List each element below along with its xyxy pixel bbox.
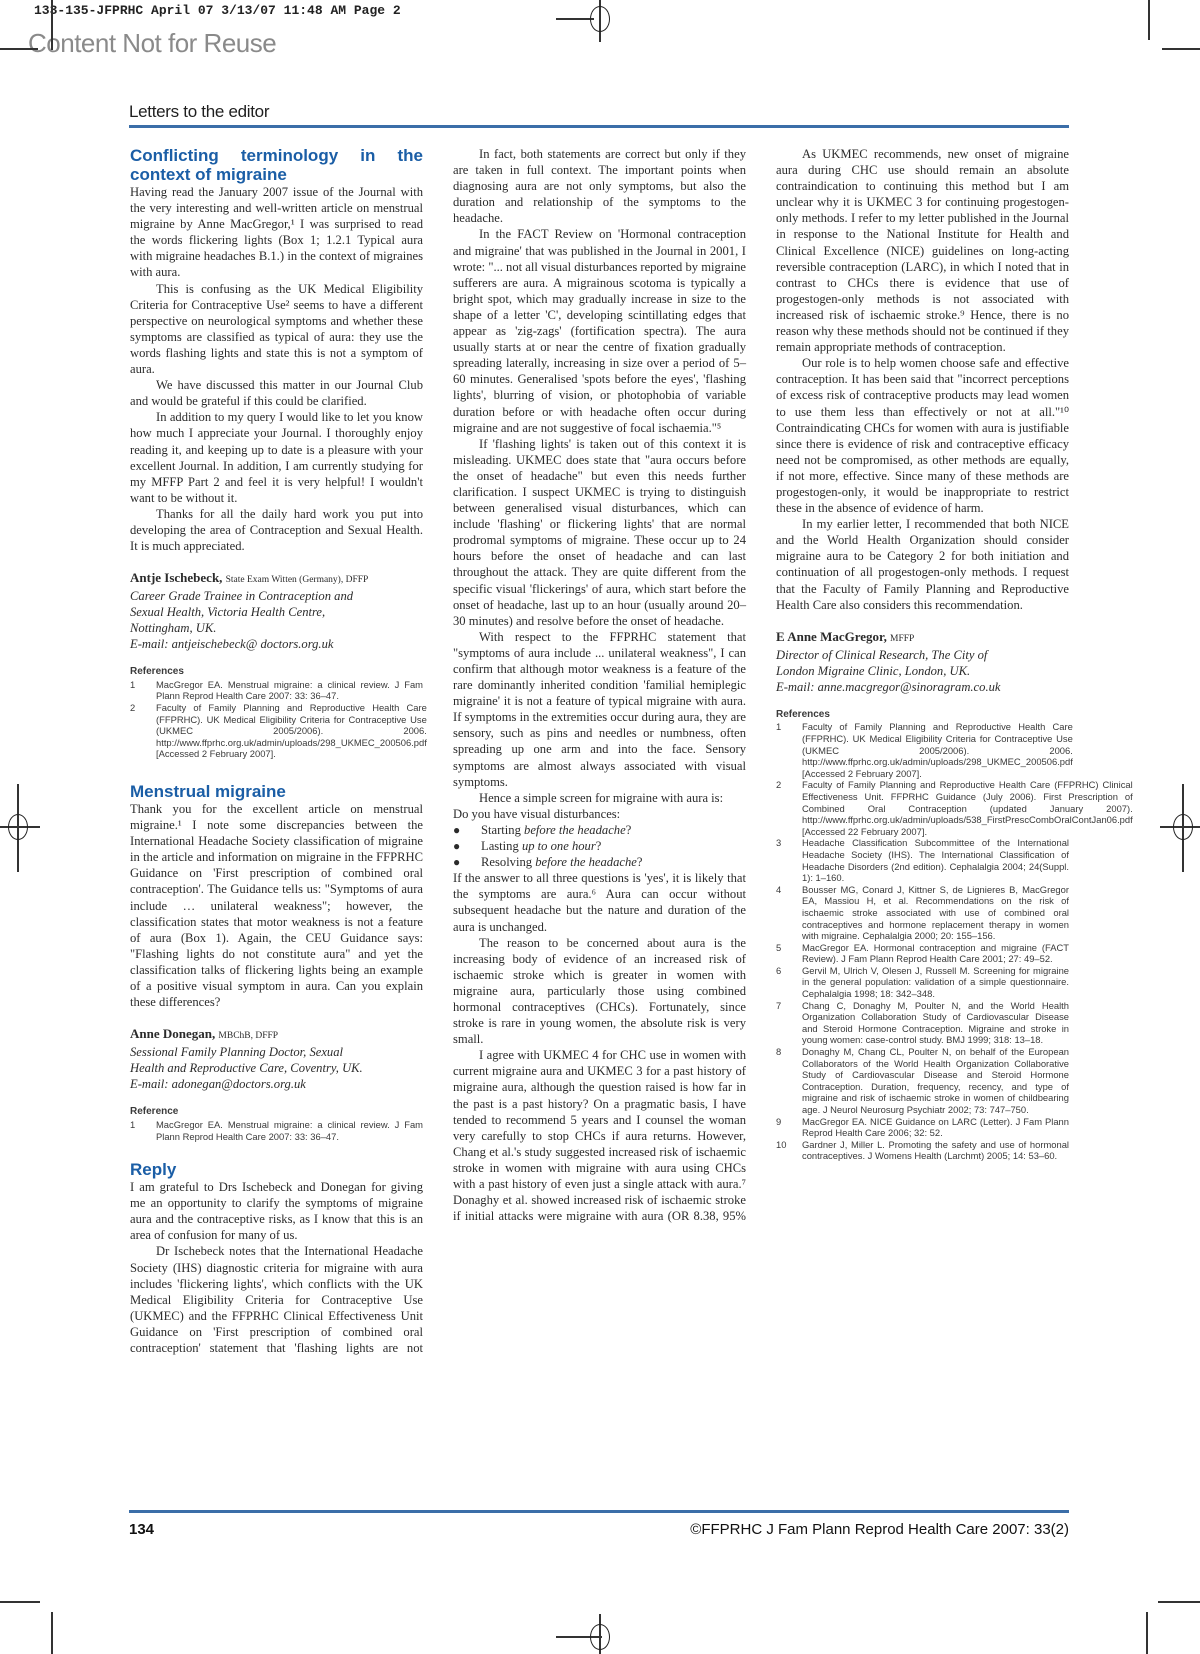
- reference-item: 4Bousser MG, Conard J, Kittner S, de Lig…: [776, 884, 1069, 942]
- section-label: Letters to the editor: [129, 102, 269, 122]
- watermark: Content Not for Reuse: [28, 28, 276, 59]
- screening-questions: ●Starting before the headache? ●Lasting …: [453, 822, 746, 870]
- screening-question: ●Starting before the headache?: [453, 822, 746, 838]
- references-heading: References: [130, 666, 423, 678]
- author-signature: Antje Ischebeck, State Exam Witten (Germ…: [130, 570, 423, 652]
- references-heading: References: [776, 709, 1069, 721]
- author-name: E Anne MacGregor,: [776, 629, 887, 644]
- letter-conflicting-terminology: Conflicting terminology in the context o…: [130, 146, 423, 760]
- author-affiliation: London Migraine Clinic, London, UK.: [776, 663, 1069, 679]
- author-email[interactable]: E-mail: anne.macgregor@sinoragram.co.uk: [776, 679, 1069, 695]
- reference-item: 1MacGregor EA. Menstrual migraine: a cli…: [130, 679, 423, 702]
- reference-item: 8Donaghy M, Chang CL, Poulter N, on beha…: [776, 1046, 1069, 1116]
- paragraph: Thanks for all the daily hard work you p…: [130, 506, 423, 554]
- reply: Reply I am grateful to Drs Ischebeck and…: [130, 1160, 423, 1355]
- paragraph: If the answer to all three questions is …: [453, 870, 746, 934]
- paragraph: Hence a simple screen for migraine with …: [453, 790, 746, 806]
- paragraph: Dr Ischebeck notes that the Internationa…: [130, 1243, 423, 1355]
- references: References 1MacGregor EA. Menstrual migr…: [130, 666, 423, 760]
- bullet-icon: ●: [453, 822, 481, 838]
- reference-item: 1MacGregor EA. Menstrual migraine: a cli…: [130, 1119, 423, 1142]
- paragraph: This is confusing as the UK Medical Elig…: [130, 281, 423, 378]
- column-2: In fact, both statements are correct but…: [453, 146, 746, 1223]
- author-affiliation: Health and Reproductive Care, Coventry, …: [130, 1060, 423, 1076]
- references-heading: Reference: [130, 1106, 423, 1118]
- author-affiliation: Sexual Health, Victoria Health Centre,: [130, 604, 423, 620]
- references: Reference 1MacGregor EA. Menstrual migra…: [130, 1106, 423, 1142]
- author-email[interactable]: E-mail: antjeischebeck@ doctors.org.uk: [130, 636, 423, 652]
- author-name: Anne Donegan,: [130, 1026, 215, 1041]
- paragraph: The reason to be concerned about aura is…: [453, 935, 746, 1048]
- paragraph: Having read the January 2007 issue of th…: [130, 184, 423, 281]
- paragraph: In fact, both statements are correct but…: [453, 146, 746, 226]
- page-number: 134: [129, 1521, 154, 1538]
- author-name: Antje Ischebeck,: [130, 570, 222, 585]
- screening-question: ●Lasting up to one hour?: [453, 838, 746, 854]
- paragraph: Our role is to help women choose safe an…: [776, 355, 1069, 516]
- reference-item: 3Headache Classification Subcommittee of…: [776, 837, 1069, 883]
- author-affiliation: Sessional Family Planning Doctor, Sexual: [130, 1044, 423, 1060]
- paragraph: In the FACT Review on 'Hormonal contrace…: [453, 226, 746, 435]
- bullet-icon: ●: [453, 854, 481, 870]
- paragraph: I am grateful to Drs Ischebeck and Doneg…: [130, 1179, 423, 1243]
- author-qualifications: MFFP: [890, 634, 914, 644]
- letter-title: Menstrual migraine: [130, 782, 423, 801]
- reference-item: 2Faculty of Family Planning and Reproduc…: [776, 779, 1069, 837]
- paragraph: As UKMEC recommends, new onset of migrai…: [776, 146, 1069, 355]
- author-email[interactable]: E-mail: adonegan@doctors.org.uk: [130, 1076, 423, 1092]
- paragraph: In addition to my query I would like to …: [130, 409, 423, 506]
- footer-rule: [129, 1510, 1069, 1513]
- reference-item: 6Gervil M, Ulrich V, Olesen J, Russell M…: [776, 965, 1069, 1000]
- paragraph: With respect to the FFPRHC statement tha…: [453, 629, 746, 790]
- journal-citation: ©FFPRHC J Fam Plann Reprod Health Care 2…: [690, 1521, 1069, 1538]
- reference-item: 1Faculty of Family Planning and Reproduc…: [776, 721, 1069, 779]
- column-3: As UKMEC recommends, new onset of migrai…: [776, 146, 1069, 1162]
- letter-menstrual-migraine: Menstrual migraine Thank you for the exc…: [130, 782, 423, 1142]
- author-affiliation: Career Grade Trainee in Contraception an…: [130, 588, 423, 604]
- paragraph: Thank you for the excellent article on m…: [130, 801, 423, 1010]
- author-affiliation: Director of Clinical Research, The City …: [776, 647, 1069, 663]
- paragraph: In my earlier letter, I recommended that…: [776, 516, 1069, 613]
- author-signature: E Anne MacGregor, MFFP Director of Clini…: [776, 629, 1069, 695]
- references: References 1Faculty of Family Planning a…: [776, 709, 1069, 1162]
- reference-item: 5MacGregor EA. Hormonal contraception an…: [776, 942, 1069, 965]
- screening-question: ●Resolving before the headache?: [453, 854, 746, 870]
- paragraph: We have discussed this matter in our Jou…: [130, 377, 423, 409]
- reference-item: 9MacGregor EA. NICE Guidance on LARC (Le…: [776, 1116, 1069, 1139]
- paragraph: I agree with UKMEC 4 for CHC use in wome…: [453, 1047, 746, 1223]
- author-affiliation: Nottingham, UK.: [130, 620, 423, 636]
- author-qualifications: MBChB, DFFP: [218, 1031, 278, 1041]
- reply-title: Reply: [130, 1160, 423, 1179]
- printer-slug: 133-135-JFPRHC April 07 3/13/07 11:48 AM…: [34, 3, 401, 18]
- reference-item: 10Gardner J, Miller L. Promoting the saf…: [776, 1139, 1069, 1162]
- bullet-icon: ●: [453, 838, 481, 854]
- author-qualifications: State Exam Witten (Germany), DFFP: [226, 575, 369, 585]
- paragraph: If 'flashing lights' is taken out of thi…: [453, 436, 746, 629]
- reference-item: 7Chang C, Donaghy M, Poulter N, and the …: [776, 1000, 1069, 1046]
- column-1: Conflicting terminology in the context o…: [130, 146, 423, 1355]
- reference-item: 2Faculty of Family Planning and Reproduc…: [130, 702, 423, 760]
- header-rule: [129, 125, 1069, 128]
- author-signature: Anne Donegan, MBChB, DFFP Sessional Fami…: [130, 1026, 423, 1092]
- screen-intro: Do you have visual disturbances:: [453, 806, 746, 822]
- letter-title: Conflicting terminology in the context o…: [130, 146, 423, 184]
